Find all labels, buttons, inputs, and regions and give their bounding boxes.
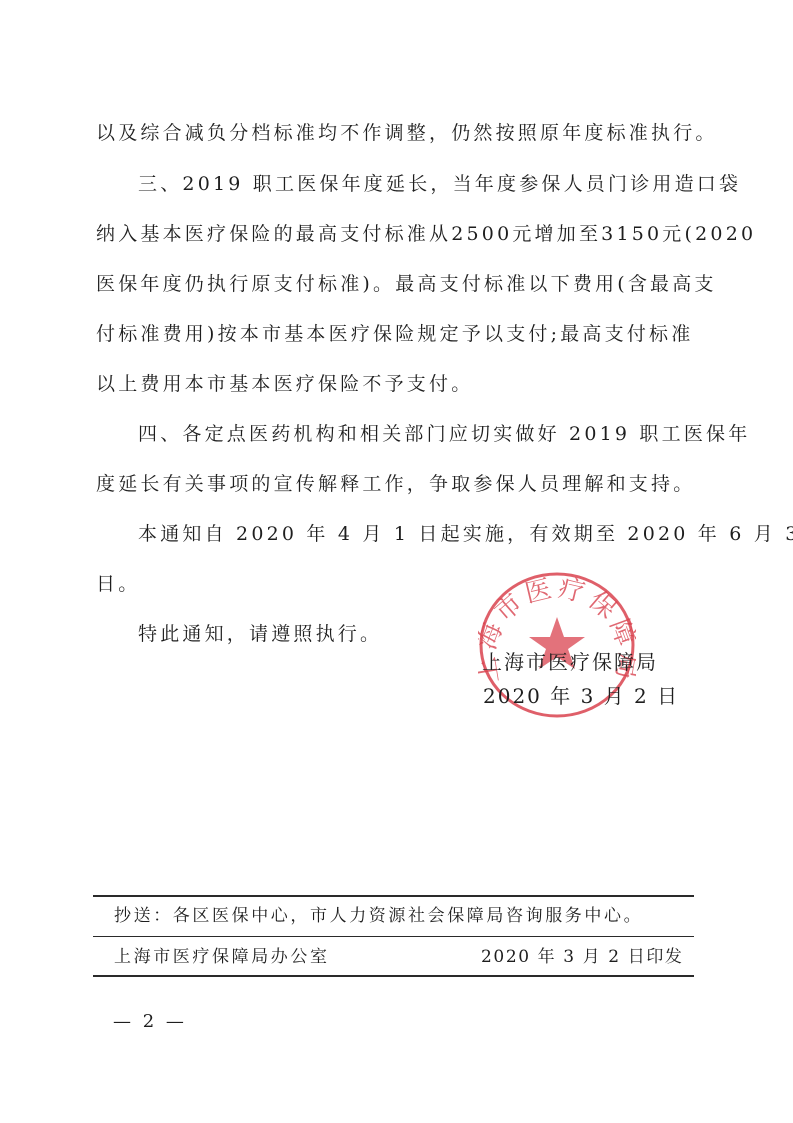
body-line-2: 三、2019 职工医保年度延长，当年度参保人员门诊用造口袋 [138, 172, 748, 196]
body-line-7: 四、各定点医药机构和相关部门应切实做好 2019 职工医保年 [138, 422, 748, 446]
body-line-9: 本通知自 2020 年 4 月 1 日起实施，有效期至 2020 年 6 月 3… [138, 522, 748, 546]
body-line-5: 付标准费用)按本市基本医疗保险规定予以支付;最高支付标准 [96, 322, 706, 346]
body-line-6: 以上费用本市基本医疗保险不予支付。 [96, 372, 706, 396]
issuing-office: 上海市医疗保障局办公室 [114, 946, 330, 968]
footer-rule-bottom [93, 975, 694, 977]
page-number: — 2 — [113, 1011, 187, 1032]
document-page: 以及综合减负分档标准均不作调整，仍然按照原年度标准执行。 三、2019 职工医保… [0, 0, 793, 1123]
body-line-11: 特此通知，请遵照执行。 [138, 622, 748, 646]
body-line-4: 医保年度仍执行原支付标准)。最高支付标准以下费用(含最高支 [96, 272, 706, 296]
footer-rule-top [93, 895, 694, 897]
body-line-1: 以及综合减负分档标准均不作调整，仍然按照原年度标准执行。 [96, 121, 706, 145]
signature-date: 2020 年 3 月 2 日 [483, 684, 679, 708]
print-date: 2020 年 3 月 2 日印发 [481, 946, 684, 968]
body-line-3: 纳入基本医疗保险的最高支付标准从2500元增加至3150元(2020 [96, 222, 706, 246]
body-line-8: 度延长有关事项的宣传解释工作，争取参保人员理解和支持。 [96, 472, 706, 496]
signature-issuer: 上海市医疗保障局 [482, 650, 658, 674]
footer-rule-middle [93, 936, 694, 937]
cc-recipients: 抄送：各区医保中心，市人力资源社会保障局咨询服务中心。 [114, 905, 643, 927]
